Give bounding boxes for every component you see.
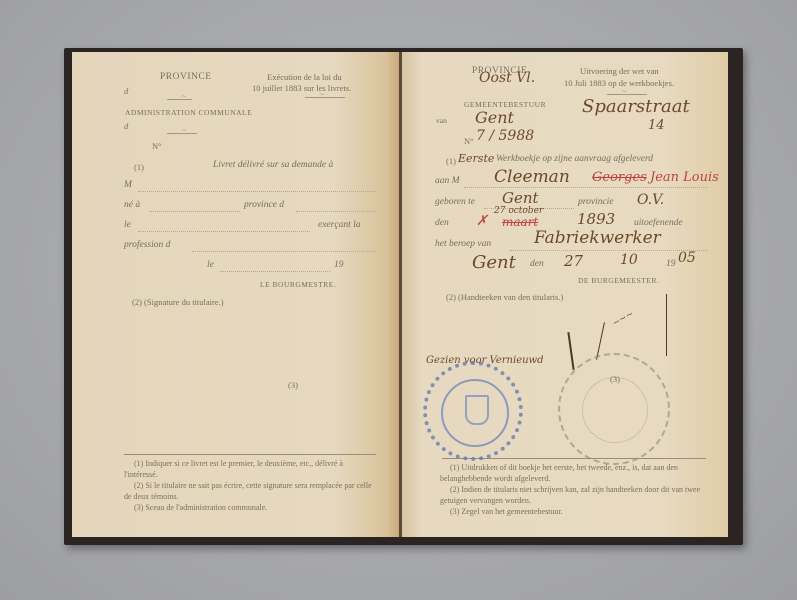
name-line <box>138 191 376 192</box>
m-label: M <box>124 180 132 190</box>
footnote-3: (3) Zegel van het gemeentebestuur. <box>440 506 706 517</box>
ornament <box>305 97 345 98</box>
footnote-1: (1) Uitdrukken of dit boekje het eerste,… <box>440 462 706 484</box>
profession-line <box>192 251 376 252</box>
number-label: N° <box>152 141 162 151</box>
date-year-prefix: 19 <box>666 259 676 269</box>
place-handwritten: Gent <box>472 252 516 273</box>
born-label: geboren te <box>435 197 475 207</box>
date-year: 19 <box>334 260 344 270</box>
ornament <box>167 133 197 134</box>
admin-label: ADMINISTRATION COMMUNALE <box>125 108 252 117</box>
footnote-rule <box>124 454 376 455</box>
footnotes: (1) Indiquer si ce livret est le premier… <box>124 458 378 513</box>
footnote-1: (1) Indiquer si ce livret est le premier… <box>124 458 378 480</box>
left-page-french: PROVINCE d Exécution de la loi du 10 jui… <box>72 52 400 537</box>
municipality-handwritten: Gent <box>475 108 514 127</box>
m-label: aan M <box>435 176 460 186</box>
footnotes: (1) Uitdrukken of dit boekje het eerste,… <box>440 462 706 517</box>
province-label: PROVINCE <box>160 72 212 82</box>
province-value-handwritten: O.V. <box>637 192 664 208</box>
law-line-2: 10 juillet 1883 sur les livrets. <box>252 83 351 93</box>
admin-a: d <box>124 121 128 131</box>
birthplace-handwritten: Gent <box>502 189 539 207</box>
date-year-handwritten: 05 <box>678 250 696 266</box>
footnote-2: (2) Si le titulaire ne sait pas écrire, … <box>124 480 378 502</box>
born-label: né à <box>124 200 140 210</box>
mayor-label: DE BURGEMEESTER. <box>578 276 659 285</box>
issued-text: Werkboekje op zijne aanvraag afgeleverd <box>496 154 653 164</box>
footnote-ref-1: (1) <box>446 156 456 166</box>
admin-van: van <box>436 116 447 125</box>
practicing-label: uitoefenende <box>634 218 683 228</box>
den-label: den <box>435 218 449 228</box>
date-month-handwritten: 10 <box>620 252 638 268</box>
law-line-1: Uitvoering der wet van <box>580 66 659 76</box>
street-handwritten: Spaarstraat <box>582 96 690 117</box>
delivered-text: Livret délivré sur sa demande à <box>213 160 333 170</box>
footnote-3: (3) Sceau de l'administration communale. <box>124 502 378 513</box>
law-line-1: Exécution de la loi du <box>267 72 342 82</box>
signature-label: (2) (Handteeken van den titularis.) <box>446 292 563 302</box>
law-line-2: 10 Juli 1883 op de werkboekjes. <box>564 78 674 88</box>
issued-handwritten: Eerste <box>458 152 494 165</box>
ornament <box>607 94 647 95</box>
struck-firstname-handwritten: Georges <box>592 170 647 185</box>
ornament <box>167 99 192 100</box>
signature-stroke <box>666 294 667 356</box>
street-number-handwritten: 14 <box>648 118 665 133</box>
le-label: le <box>124 220 131 230</box>
faded-seal-stamp <box>558 353 670 465</box>
stamp-inner-ring <box>582 377 648 443</box>
mayor-label: LE BOURGMESTRE. <box>260 280 336 289</box>
birth-year-handwritten: 1893 <box>577 210 615 228</box>
birth-month-struck-handwritten: maart <box>502 215 538 229</box>
name-line <box>464 187 708 188</box>
firstname-red-handwritten: Jean Louis <box>650 170 719 185</box>
province-line <box>296 211 376 212</box>
profession-handwritten: Fabriekwerker <box>534 228 661 248</box>
date-line-2 <box>220 271 330 272</box>
profession-label: het beroep van <box>435 239 491 249</box>
blue-municipal-stamp <box>423 361 523 461</box>
exercising-label: exerçant la <box>318 220 360 230</box>
footnote-2: (2) Indien de titularis niet schrijven k… <box>440 484 706 506</box>
date-le: le <box>207 260 214 270</box>
profession-label: profession d <box>124 240 170 250</box>
surname-handwritten: Cleeman <box>494 167 570 187</box>
number-handwritten: 7 / 5988 <box>476 128 534 144</box>
signature-stroke <box>567 332 574 370</box>
seal-ref: (3) <box>288 380 298 390</box>
province-handwritten: Oost Vl. <box>479 70 535 86</box>
signature-scribble: ~~~ <box>611 309 636 329</box>
province-field: province d <box>244 200 284 210</box>
date-line <box>138 231 310 232</box>
signature-label: (2) (Signature du titulaire.) <box>132 297 224 307</box>
province-a: d <box>124 86 128 96</box>
province-field: provincie <box>578 197 614 207</box>
birth-day-handwritten: ✗ <box>476 213 488 229</box>
footnote-ref-1: (1) <box>134 162 144 172</box>
number-label: N° <box>464 136 474 146</box>
date-day-handwritten: 27 <box>564 252 583 270</box>
coat-of-arms-icon <box>465 395 489 425</box>
right-page-dutch: PROVINCIE Oost Vl. Uitvoering der wet va… <box>402 52 728 537</box>
birthplace-line <box>150 211 240 212</box>
date-den: den <box>530 259 544 269</box>
